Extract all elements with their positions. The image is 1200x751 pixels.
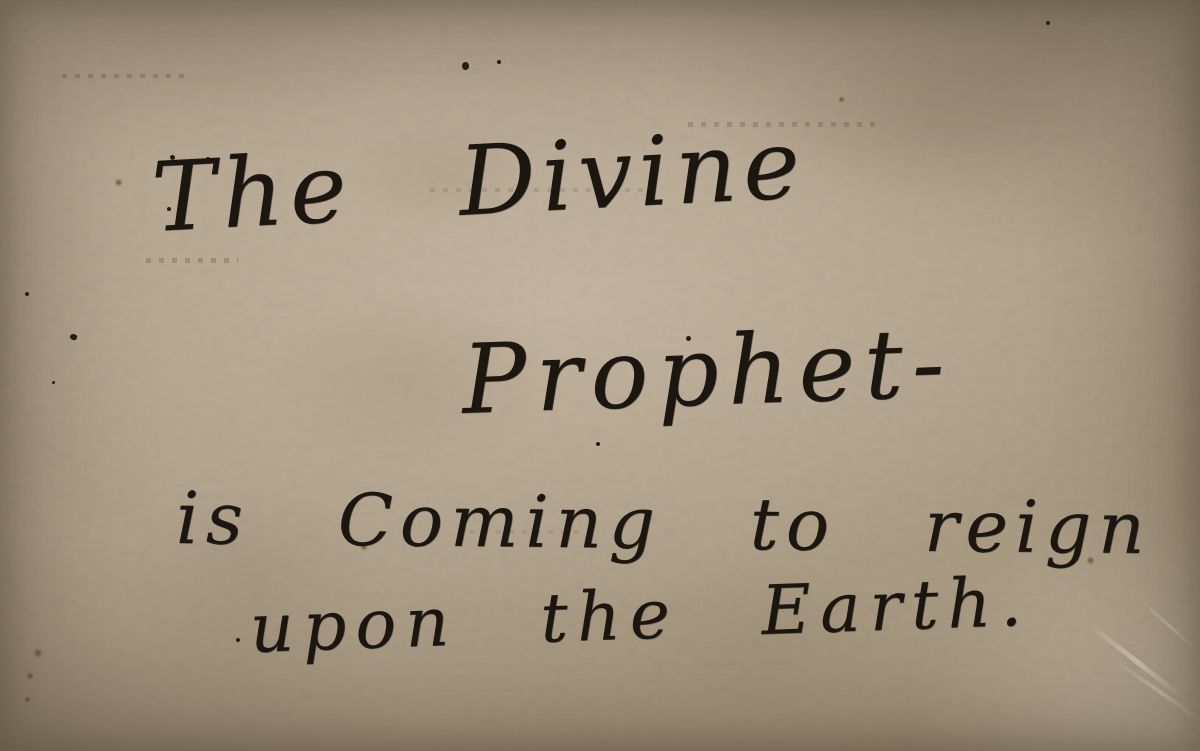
foxing-spot: [24, 696, 31, 703]
postcard-back: The Divine Prophet- is Coming to reign u…: [0, 0, 1200, 751]
handwriting-line-3: is Coming to reign: [176, 482, 1152, 564]
ink-speck: [497, 60, 501, 64]
crease-mark: [1114, 659, 1200, 725]
crease-mark: [1089, 624, 1187, 702]
handwriting-line-1: The Divine: [149, 116, 808, 246]
foxing-spot: [114, 178, 123, 187]
foxing-spot: [838, 96, 845, 103]
ghost-print-mark: [62, 74, 184, 78]
handwriting-line-4: upon the Earth.: [249, 569, 1032, 664]
foxing-spot: [26, 672, 34, 680]
handwriting-line-2: Prophet-: [460, 315, 954, 428]
ink-speck: [236, 638, 240, 642]
ink-speck: [462, 62, 469, 70]
ink-speck: [52, 381, 55, 384]
ink-speck: [596, 442, 600, 446]
foxing-spot: [33, 648, 43, 658]
ink-speck: [25, 292, 29, 296]
ghost-print-mark: [146, 258, 238, 263]
paper-stain: [760, 40, 1100, 200]
crease-mark: [1139, 599, 1200, 655]
ink-speck: [69, 333, 78, 341]
ink-speck: [1046, 21, 1050, 25]
